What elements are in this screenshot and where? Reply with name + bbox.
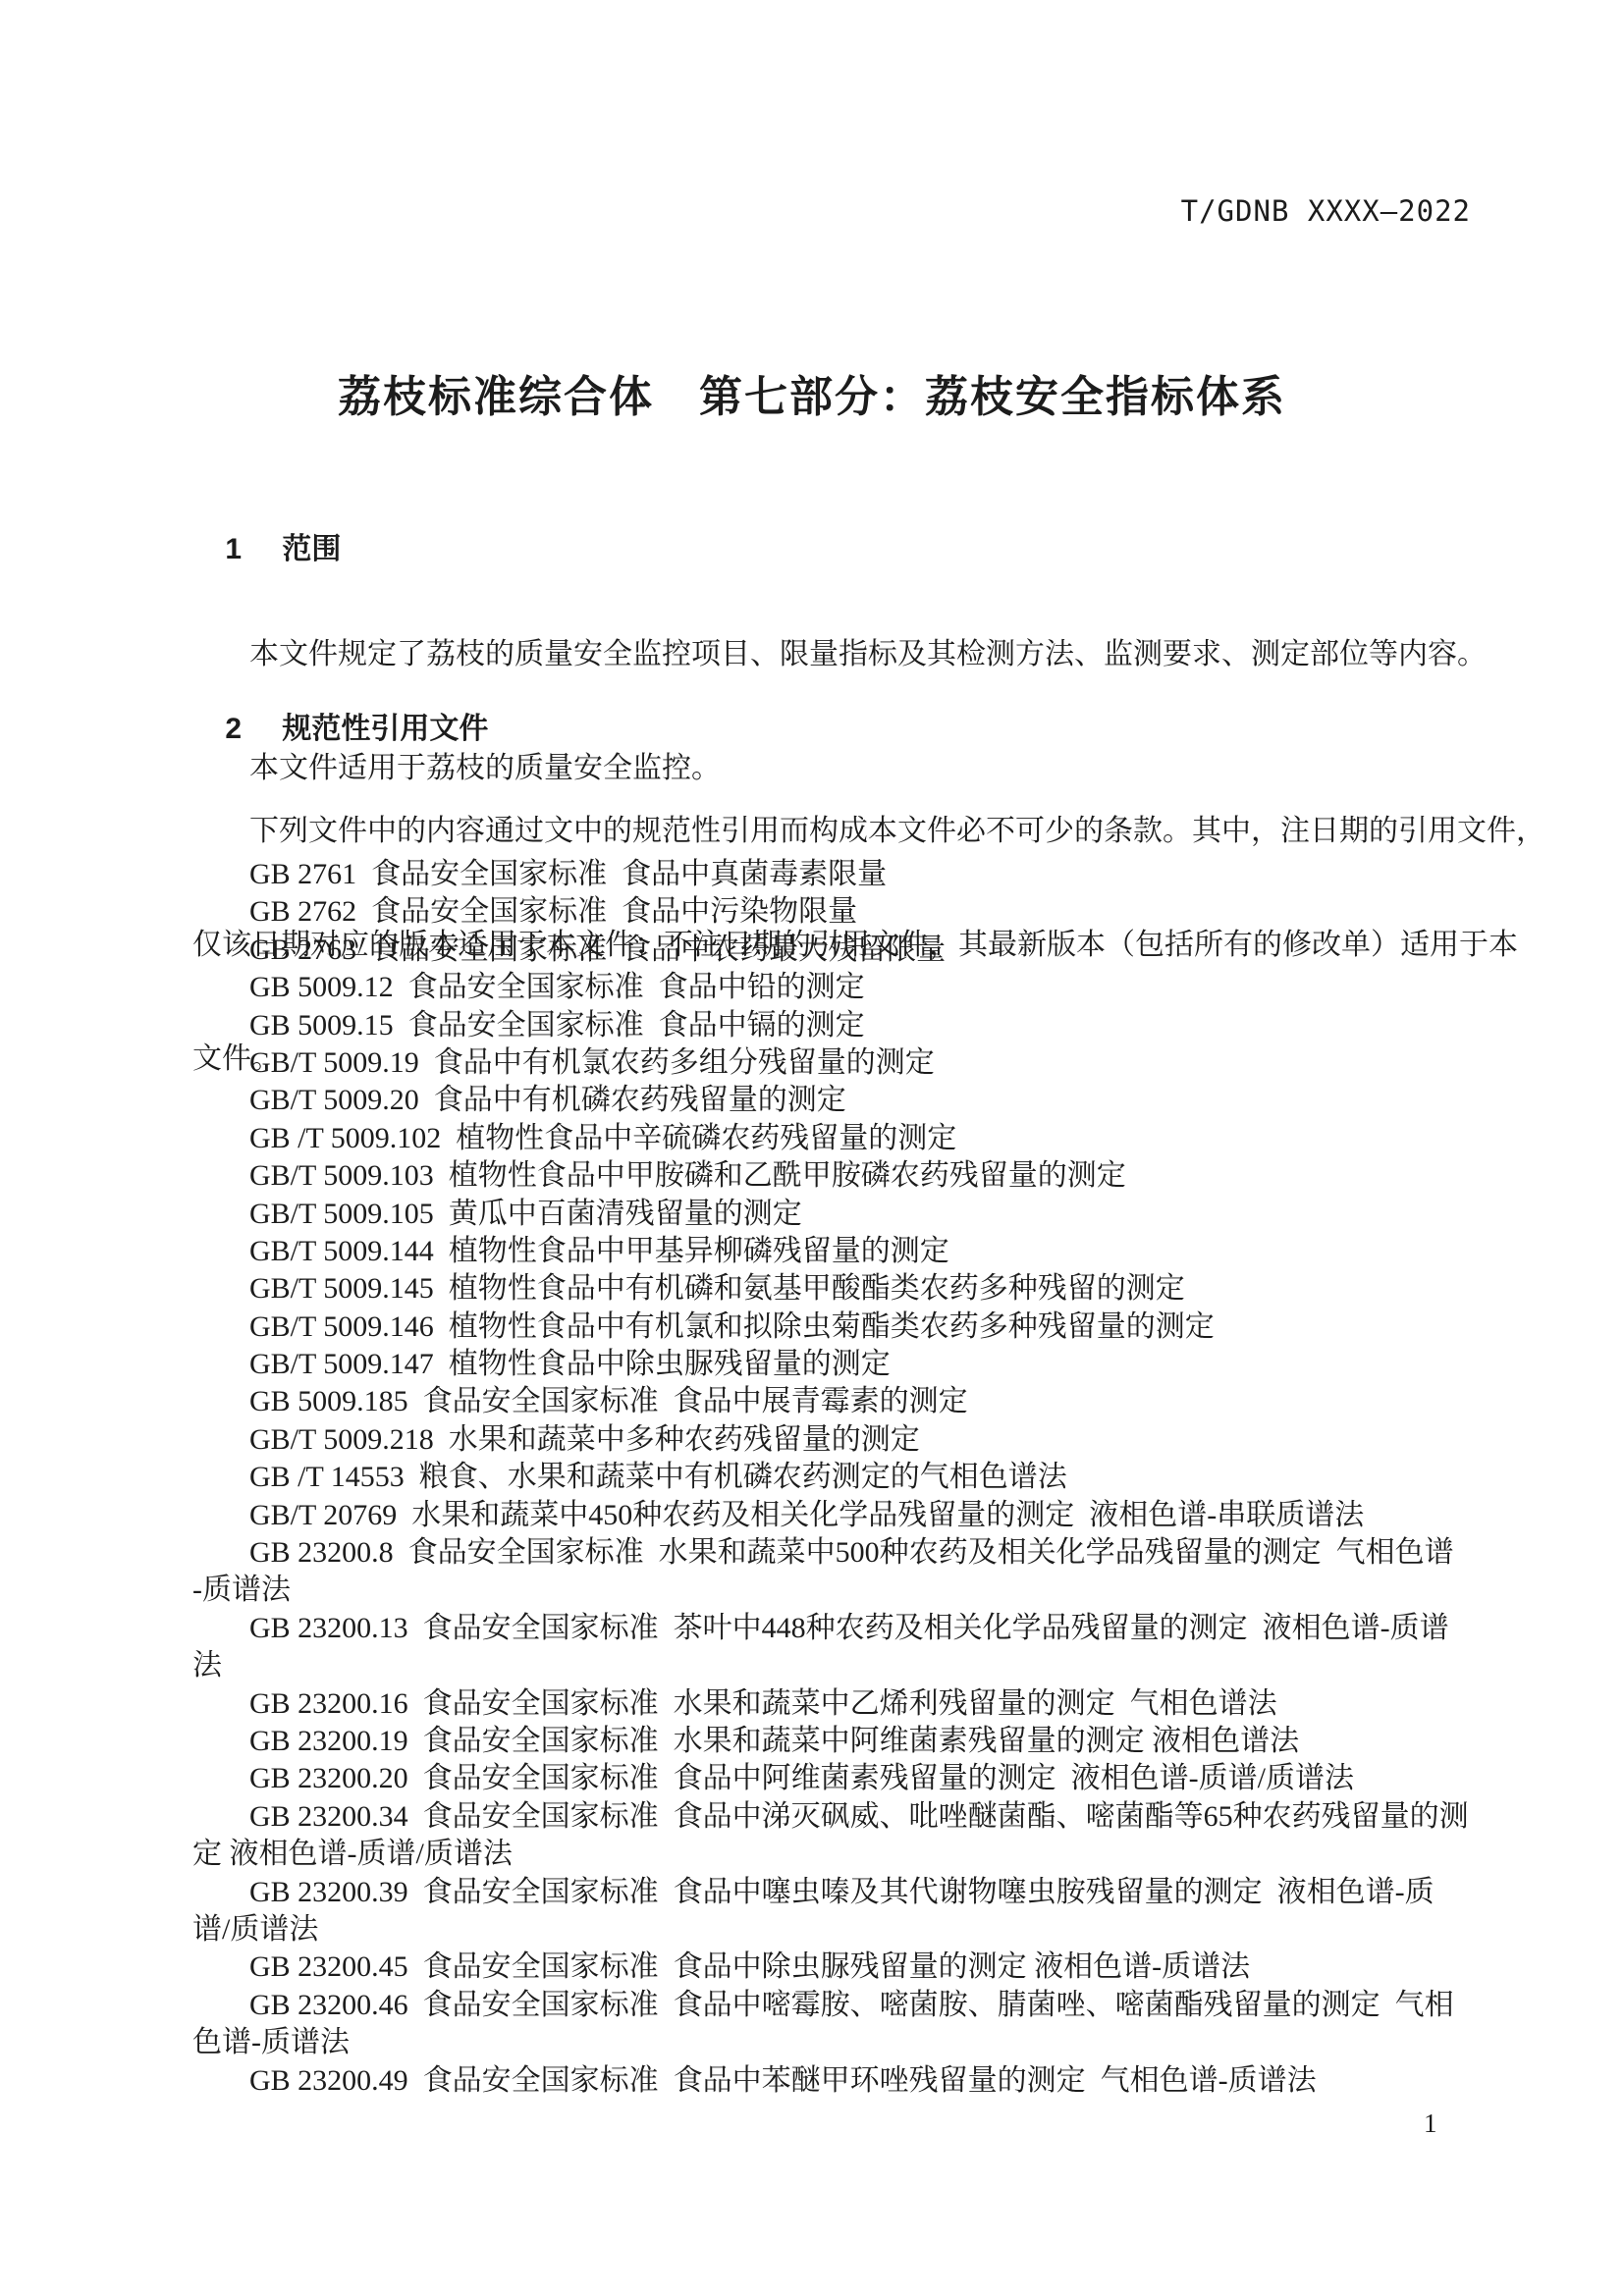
- page-number: 1: [1424, 2109, 1437, 2139]
- reference-line: 定 液相色谱-质谱/质谱法: [192, 1836, 1489, 1873]
- reference-line: GB/T 5009.145 植物性食品中有机磷和氨基甲酸酯类农药多种残留的测定: [192, 1270, 1489, 1308]
- reference-line: GB 23200.16 食品安全国家标准 水果和蔬菜中乙烯利残留量的测定 气相色…: [192, 1685, 1489, 1723]
- reference-line: GB 2763 食品安全国家标准 食品中农药最大残留限量: [192, 932, 1489, 969]
- document-title: 荔枝标准综合体 第七部分：荔枝安全指标体系: [0, 361, 1624, 424]
- reference-line: GB/T 5009.20 食品中有机磷农药残留量的测定: [192, 1082, 1489, 1119]
- reference-line: GB 23200.20 食品安全国家标准 食品中阿维菌素残留量的测定 液相色谱-…: [192, 1760, 1489, 1797]
- reference-line: GB /T 5009.102 植物性食品中辛硫磷农药残留量的测定: [192, 1120, 1489, 1157]
- reference-line: GB 2762 食品安全国家标准 食品中污染物限量: [192, 893, 1489, 931]
- reference-line: GB/T 5009.147 植物性食品中除虫脲残留量的测定: [192, 1346, 1489, 1383]
- reference-line: GB 23200.19 食品安全国家标准 水果和蔬菜中阿维菌素残留量的测定 液相…: [192, 1723, 1489, 1760]
- paragraph-line: 下列文件中的内容通过文中的规范性引用而构成本文件必不可少的条款。其中，注日期的引…: [192, 813, 1489, 851]
- reference-line: GB 5009.15 食品安全国家标准 食品中镉的测定: [192, 1007, 1489, 1044]
- reference-line: GB/T 5009.144 植物性食品中甲基异柳磷残留量的测定: [192, 1233, 1489, 1270]
- reference-line: GB 23200.45 食品安全国家标准 食品中除虫脲残留量的测定 液相色谱-质…: [192, 1949, 1489, 1986]
- reference-line: 色谱-质谱法: [192, 2024, 1489, 2061]
- reference-line: GB 23200.8 食品安全国家标准 水果和蔬菜中500种农药及相关化学品残留…: [192, 1534, 1489, 1572]
- reference-line: GB/T 5009.19 食品中有机氯农药多组分残留量的测定: [192, 1044, 1489, 1082]
- paragraph-line: 本文件规定了荔枝的质量安全监控项目、限量指标及其检测方法、监测要求、测定部位等内…: [192, 636, 1489, 674]
- reference-line: GB/T 20769 水果和蔬菜中450种农药及相关化学品残留量的测定 液相色谱…: [192, 1497, 1489, 1534]
- reference-line: 法: [192, 1647, 1489, 1684]
- standard-code-header: T/GDNB XXXX—2022: [1181, 194, 1471, 228]
- reference-line: 谱/质谱法: [192, 1911, 1489, 1949]
- reference-line: GB 23200.39 食品安全国家标准 食品中噻虫嗪及其代谢物噻虫胺残留量的测…: [192, 1874, 1489, 1911]
- reference-line: GB 2761 食品安全国家标准 食品中真菌毒素限量: [192, 856, 1489, 893]
- reference-line: GB/T 5009.146 植物性食品中有机氯和拟除虫菊酯类农药多种残留量的测定: [192, 1308, 1489, 1346]
- reference-line: GB 23200.13 食品安全国家标准 茶叶中448种农药及相关化学品残留量的…: [192, 1610, 1489, 1647]
- reference-line: GB 23200.46 食品安全国家标准 食品中嘧霉胺、嘧菌胺、腈菌唑、嘧菌酯残…: [192, 1987, 1489, 2024]
- reference-line: GB 5009.12 食品安全国家标准 食品中铅的测定: [192, 969, 1489, 1006]
- document-page: T/GDNB XXXX—2022 荔枝标准综合体 第七部分：荔枝安全指标体系 1…: [0, 0, 1624, 2296]
- reference-line: -质谱法: [192, 1572, 1489, 1609]
- reference-line: GB /T 14553 粮食、水果和蔬菜中有机磷农药测定的气相色谱法: [192, 1459, 1489, 1496]
- reference-line: GB/T 5009.103 植物性食品中甲胺磷和乙酰甲胺磷农药残留量的测定: [192, 1157, 1489, 1195]
- reference-line: GB/T 5009.218 水果和蔬菜中多种农药残留量的测定: [192, 1421, 1489, 1459]
- references-list: GB 2761 食品安全国家标准 食品中真菌毒素限量GB 2762 食品安全国家…: [192, 856, 1489, 2100]
- reference-line: GB/T 5009.105 黄瓜中百菌清残留量的测定: [192, 1196, 1489, 1233]
- reference-line: GB 23200.49 食品安全国家标准 食品中苯醚甲环唑残留量的测定 气相色谱…: [192, 2062, 1489, 2100]
- reference-line: GB 5009.185 食品安全国家标准 食品中展青霉素的测定: [192, 1383, 1489, 1420]
- reference-line: GB 23200.34 食品安全国家标准 食品中涕灭砜威、吡唑醚菌酯、嘧菌酯等6…: [192, 1798, 1489, 1836]
